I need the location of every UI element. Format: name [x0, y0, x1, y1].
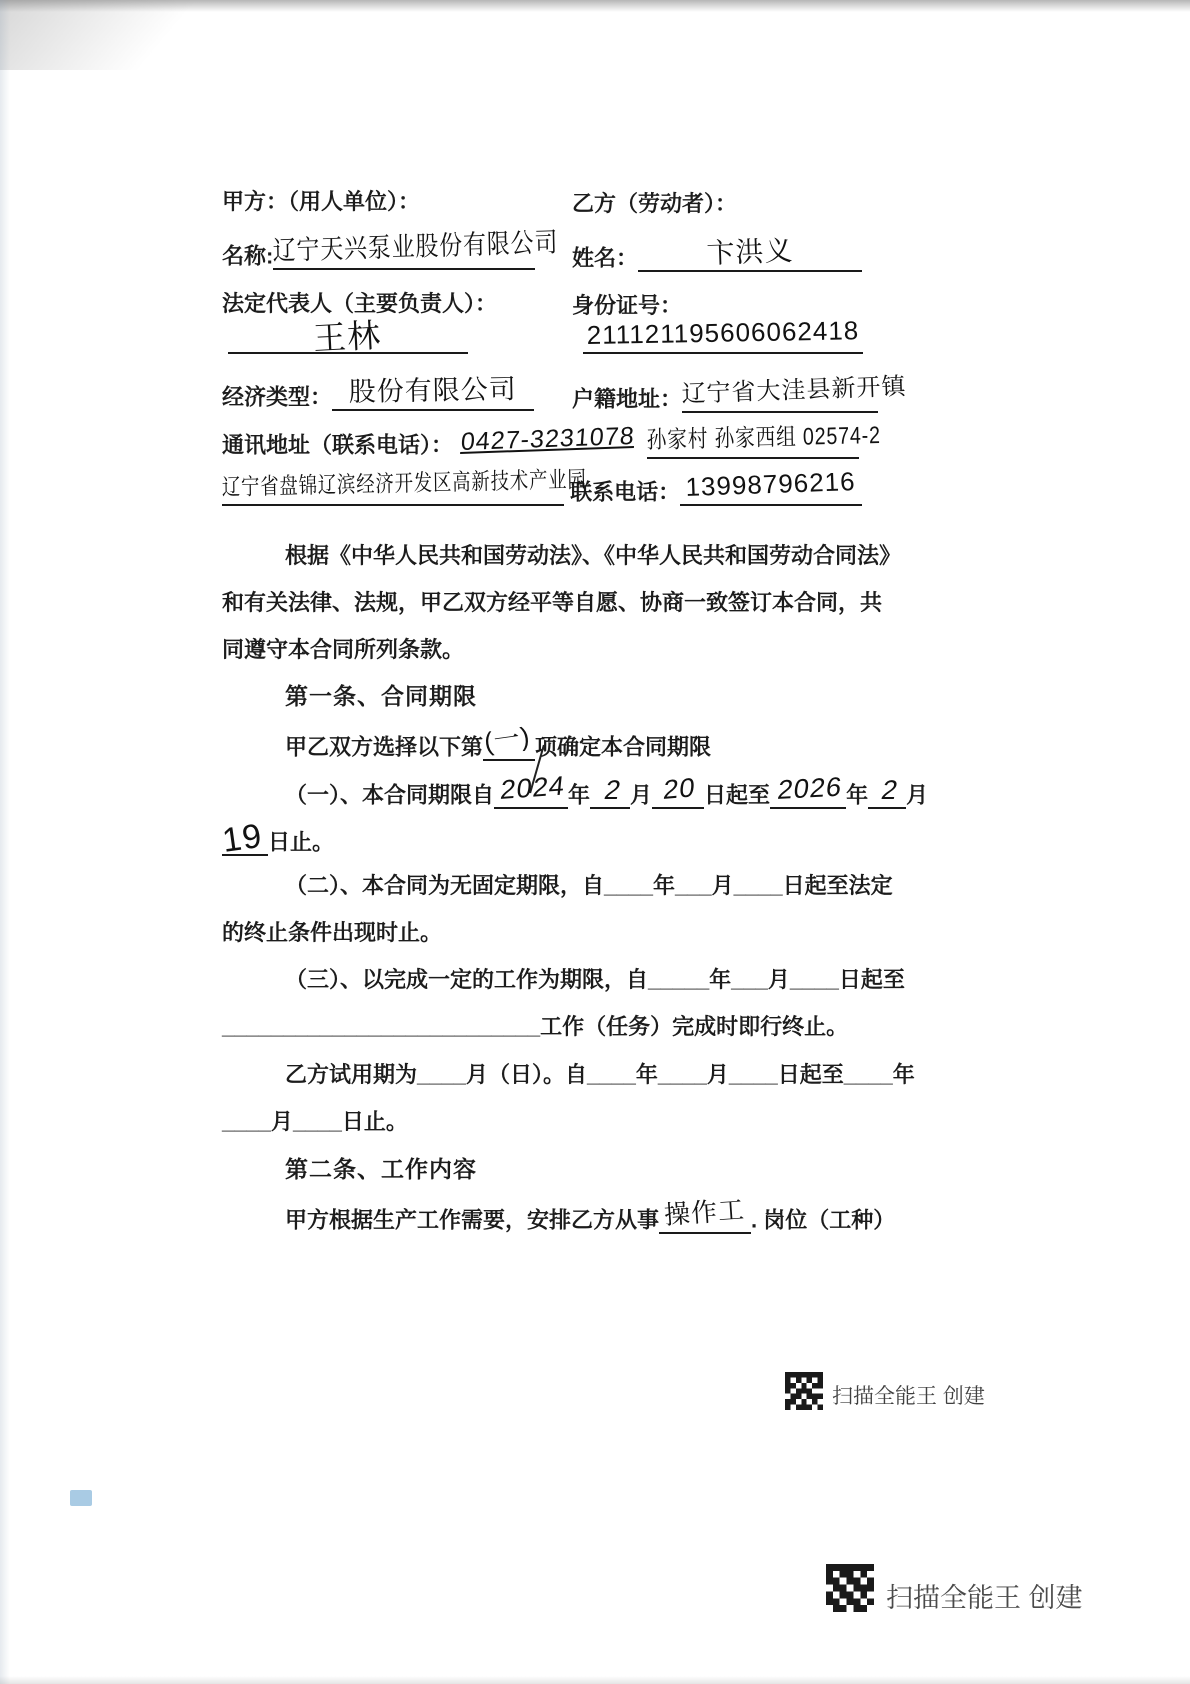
party-a-name-blank: 辽宁天兴泵业股份有限公司: [273, 238, 535, 270]
clause1-end-month-handwriting: 2: [879, 777, 901, 804]
party-a-title: 甲方：（用人单位）：: [222, 188, 420, 216]
article2-text-post: . 岗位（工种）: [751, 1208, 895, 1233]
party-a-contact-label: 通讯地址（联系电话）：: [222, 433, 453, 458]
clause1-start-month-blank: 2: [590, 777, 630, 809]
clause1-month-label-1: 月: [630, 783, 652, 808]
party-a-contact-phone-handwriting: 0427-3231078: [460, 424, 636, 455]
clause1-end-year-blank: 2026: [770, 777, 846, 809]
article1-clause3-line2: __________________________工作（任务）完成时即行终止。: [222, 1013, 848, 1041]
party-a-name-line: 名称:辽宁天兴泵业股份有限公司: [222, 238, 535, 270]
article1-select-line: 甲乙双方选择以下第(一)项确定本合同期限: [285, 729, 711, 761]
party-b-name-handwriting: 卞洪义: [706, 237, 794, 268]
clause1-start-month-handwriting: 2: [602, 777, 624, 804]
qr-code-icon-footer: [826, 1564, 874, 1612]
party-a-legal-rep-label: 法定代表人（主要负责人）：: [222, 290, 497, 318]
party-a-name-label: 名称:: [222, 244, 273, 269]
qr-code-icon: [785, 1372, 823, 1410]
article1-title: 第一条、合同期限: [285, 682, 477, 711]
party-a-economic-type-blank: 股份有限公司: [332, 379, 534, 411]
article2-position-blank: 操作工: [659, 1202, 751, 1234]
scan-edge-left: [0, 0, 10, 1684]
clause1-start-year-blank: 2024: [494, 777, 568, 809]
article1-clause2-line1: （二）、本合同为无固定期限，自____年___月____日起至法定: [285, 872, 893, 900]
party-a-name-handwriting: 辽宁天兴泵业股份有限公司: [273, 229, 559, 265]
preamble-line-2: 和有关法律、法规，甲乙双方经平等自愿、协商一致签订本合同，共: [222, 589, 882, 617]
party-b-name-label: 姓名：: [572, 246, 638, 271]
scan-edge-top-left: [0, 0, 300, 70]
party-b-id-label: 身份证号：: [572, 292, 682, 320]
party-a-economic-type-line: 经济类型：股份有限公司: [222, 379, 534, 411]
article2-content-line: 甲方根据生产工作需要，安排乙方从事操作工. 岗位（工种）: [285, 1202, 895, 1234]
article1-trial-line1: 乙方试用期为____月（日）。自____年____月____日起至____年: [285, 1061, 915, 1089]
party-b-household-line: 户籍地址：辽宁省大洼县新开镇: [572, 381, 878, 413]
party-b-phone-handwriting: 13998796216: [685, 468, 856, 500]
clause1-year-label-2: 年: [846, 783, 868, 808]
party-b-household-blank: 辽宁省大洼县新开镇: [682, 381, 878, 413]
party-b-name-blank: 卞洪义: [638, 240, 862, 272]
clause1-end-day-handwriting: 19: [220, 819, 264, 858]
article1-select-handwriting: (一): [482, 723, 531, 755]
party-b-id-handwriting: 211121195606062418: [586, 317, 859, 348]
article1-select-blank: (一): [483, 729, 535, 761]
party-b-household-handwriting-line2: 孙家村 孙家西组 02574-2: [647, 424, 881, 453]
clause1-year-label-1: 年: [568, 783, 590, 808]
camscanner-watermark-text: 扫描全能王 创建: [832, 1380, 985, 1410]
scan-artifact-blue-square: [70, 1490, 92, 1506]
clause1-text-3: 日止。: [268, 830, 334, 855]
party-a-address2-line: 辽宁省盘锦辽滨经济开发区高新技术产业园 联系电话：13998796216: [222, 474, 862, 506]
article1-select-post: 项确定本合同期限: [535, 735, 711, 760]
party-a-legal-rep-blank: 王林: [228, 322, 468, 354]
article2-text-pre: 甲方根据生产工作需要，安排乙方从事: [285, 1208, 659, 1233]
article1-select-pre: 甲乙双方选择以下第: [285, 735, 483, 760]
article2-position-handwriting: 操作工: [663, 1196, 746, 1228]
clause1-start-year-handwriting: 2024: [499, 773, 567, 804]
clause1-text-2: 日起至: [704, 783, 770, 808]
article1-clause2-line2: 的终止条件出现时止。: [222, 919, 442, 947]
article1-clause3-line1: （三）、以完成一定的工作为期限，自_____年___月____日起至: [285, 966, 905, 994]
party-b-id-line: 211121195606062418: [583, 322, 863, 354]
party-b-phone-blank: 13998796216: [680, 474, 862, 506]
party-a-address2-blank: 辽宁省盘锦辽滨经济开发区高新技术产业园: [222, 474, 564, 506]
party-b-household-label: 户籍地址：: [572, 387, 682, 412]
party-a-legal-rep-handwriting: 王林: [312, 318, 382, 355]
article1-trial-line2: ____月____日止。: [222, 1108, 408, 1136]
party-a-legal-rep-line: 王林: [228, 322, 468, 354]
party-b-name-line: 姓名：卞洪义: [572, 240, 862, 272]
article2-title: 第二条、工作内容: [285, 1155, 477, 1184]
party-a-economic-type-handwriting: 股份有限公司: [349, 376, 517, 406]
article1-clause1-line1: （一）、本合同期限自2024年2月20日起至2026年2月: [285, 777, 928, 809]
clause1-month-label-2: 月: [906, 783, 928, 808]
scan-edge-bottom: [0, 1676, 1190, 1684]
camscanner-footer-text: 扫描全能王 创建: [886, 1576, 1083, 1615]
party-b-household-blank-2: 孙家村 孙家西组 02574-2: [647, 427, 859, 459]
clause1-end-day-blank: 19: [222, 824, 268, 856]
article1-clause1-line2: 19日止。: [222, 824, 334, 856]
preamble-line-3: 同遵守本合同所列条款。: [222, 636, 464, 664]
party-a-contact-line: 通讯地址（联系电话）：0427-3231078 孙家村 孙家西组 02574-2: [222, 427, 859, 459]
party-a-contact-phone-blank: 0427-3231078: [453, 429, 641, 459]
party-b-household-handwriting-line1: 辽宁省大洼县新开镇: [681, 375, 907, 407]
clause1-end-year-handwriting: 2026: [776, 774, 844, 804]
clause1-start-day-handwriting: 20: [662, 774, 697, 804]
clause1-text-1: （一）、本合同期限自: [285, 783, 494, 808]
party-b-title: 乙方（劳动者）：: [572, 190, 737, 218]
party-a-economic-type-label: 经济类型：: [222, 385, 332, 410]
preamble-line-1: 根据《中华人民共和国劳动法》、《中华人民共和国劳动合同法》: [285, 542, 901, 570]
party-a-address2-handwriting: 辽宁省盘锦辽滨经济开发区高新技术产业园: [222, 468, 587, 499]
clause1-start-day-blank: 20: [652, 777, 704, 809]
clause1-end-month-blank: 2: [868, 777, 906, 809]
party-b-id-blank: 211121195606062418: [583, 322, 863, 354]
